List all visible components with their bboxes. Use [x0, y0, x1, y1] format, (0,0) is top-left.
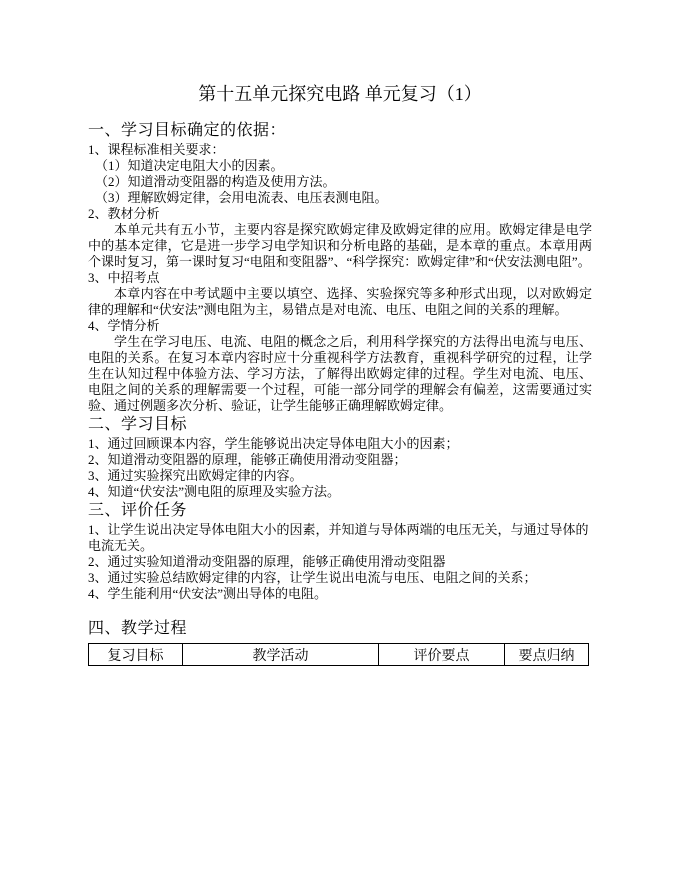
section-heading-3: 三、评价任务 [88, 500, 592, 522]
section-heading-4: 四、教学过程 [88, 618, 592, 640]
paragraph-learner-analysis: 学生在学习电压、电流、电阻的概念之后，利用科学探究的方法得出电流与电压、电阻的关… [88, 334, 592, 414]
table-header-row: 复习目标 教学活动 评价要点 要点归纳 [89, 644, 589, 666]
section-heading-1: 一、学习目标确定的依据： [88, 120, 592, 142]
subheading-curriculum: 1、课程标准相关要求： [88, 142, 592, 158]
list-item: 1、让学生说出决定导体电阻大小的因素，并知道与导体两端的电压无关，与通过导体的电… [88, 522, 592, 554]
list-item: 4、知道“伏安法”测电阻的原理及实验方法。 [88, 484, 592, 500]
subheading-material-analysis: 2、教材分析 [88, 206, 592, 222]
list-item: （2）知道滑动变阻器的构造及使用方法。 [88, 174, 592, 190]
subheading-exam-points: 3、中招考点 [88, 270, 592, 286]
table-header-teaching-activity: 教学活动 [183, 644, 379, 666]
list-item: 3、通过实验探究出欧姆定律的内容。 [88, 468, 592, 484]
teaching-process-table: 复习目标 教学活动 评价要点 要点归纳 [88, 643, 589, 666]
subheading-learner-analysis: 4、学情分析 [88, 318, 592, 334]
list-item: 1、通过回顾课本内容，学生能够说出决定导体电阻大小的因素； [88, 436, 592, 452]
list-item: 2、通过实验知道滑动变阻器的原理，能够正确使用滑动变阻器 [88, 554, 592, 570]
doc-title: 第十五单元探究电路 单元复习（1） [88, 82, 592, 106]
paragraph-exam-points: 本章内容在中考试题中主要以填空、选择、实验探究等多种形式出现，以对欧姆定律的理解… [88, 286, 592, 318]
list-item: 2、知道滑动变阻器的原理，能够正确使用滑动变阻器； [88, 452, 592, 468]
table-header-evaluation-points: 评价要点 [379, 644, 505, 666]
table-header-key-summary: 要点归纳 [505, 644, 589, 666]
table-header-review-goal: 复习目标 [89, 644, 183, 666]
list-item: （1）知道决定电阻大小的因素。 [88, 158, 592, 174]
document-page: 第十五单元探究电路 单元复习（1） 一、学习目标确定的依据： 1、课程标准相关要… [0, 0, 680, 880]
list-item: 4、学生能利用“伏安法”测出导体的电阻。 [88, 586, 592, 602]
paragraph-material-analysis: 本单元共有五小节，主要内容是探究欧姆定律及欧姆定律的应用。欧姆定律是电学中的基本… [88, 222, 592, 270]
list-item: 3、通过实验总结欧姆定律的内容，让学生说出电流与电压、电阻之间的关系； [88, 570, 592, 586]
section-heading-2: 二、学习目标 [88, 414, 592, 436]
list-item: （3）理解欧姆定律，会用电流表、电压表测电阻。 [88, 190, 592, 206]
